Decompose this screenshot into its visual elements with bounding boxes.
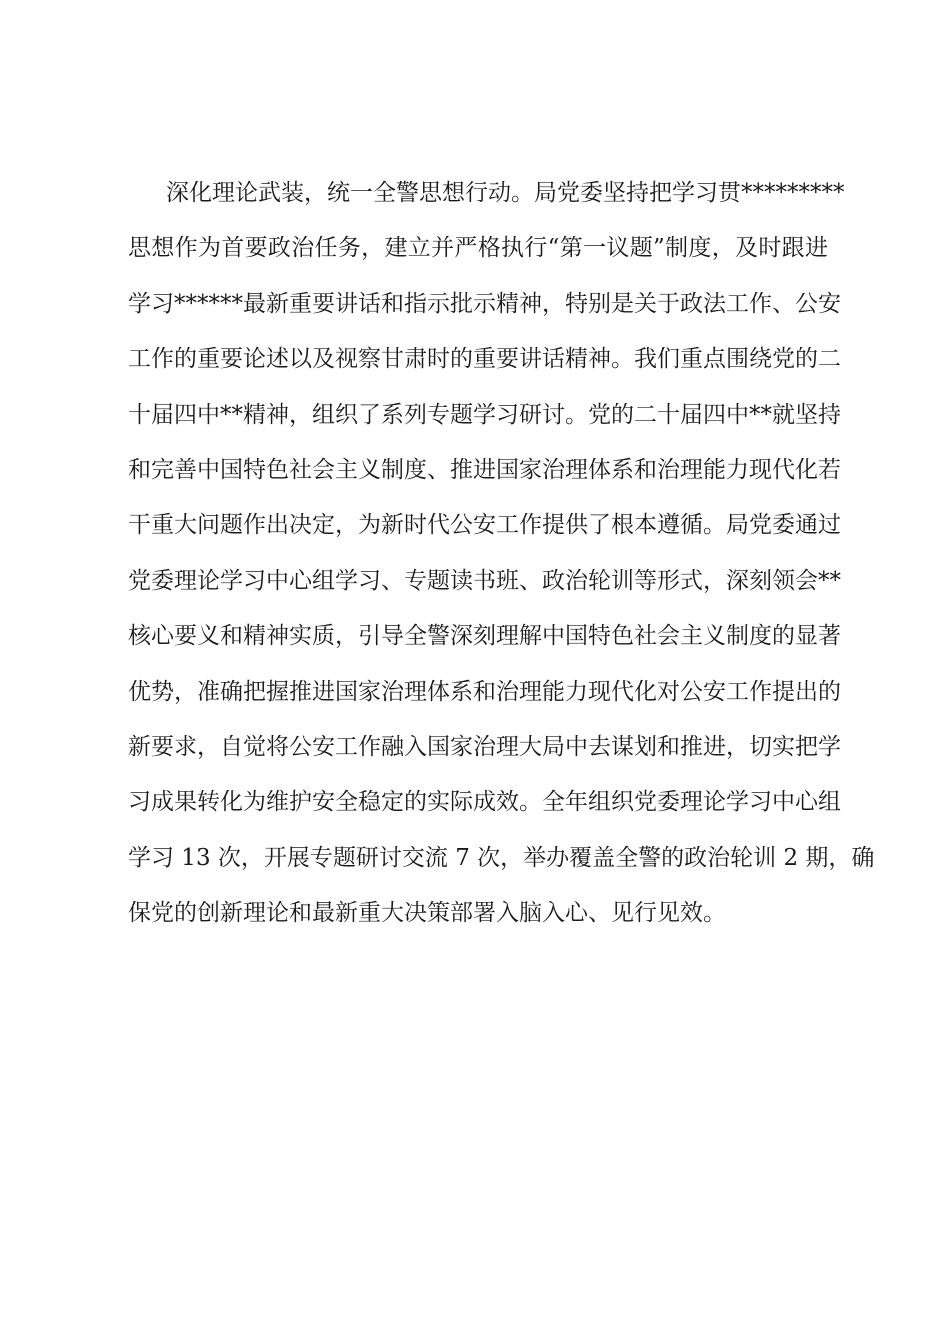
document-page: 深化理论武装，统一全警思想行动。局党委坚持把学习贯********* 思想作为首… <box>0 0 950 1344</box>
paragraph-line: 习成果转化为维护安全稳定的实际成效。全年组织党委理论学习中心组 <box>128 775 828 830</box>
paragraph-line: 新要求，自觉将公安工作融入国家治理大局中去谋划和推进，切实把学 <box>128 720 828 775</box>
paragraph-line: 十届四中**精神，组织了系列专题学习研讨。党的二十届四中**就坚持 <box>128 388 828 443</box>
paragraph-line: 思想作为首要政治任务，建立并严格执行“第一议题”制度，及时跟进 <box>128 221 828 276</box>
paragraph-line: 干重大问题作出决定，为新时代公安工作提供了根本遵循。局党委通过 <box>128 498 828 553</box>
paragraph-line: 优势，准确把握推进国家治理体系和治理能力现代化对公安工作提出的 <box>128 665 828 720</box>
paragraph-line: 深化理论武装，统一全警思想行动。局党委坚持把学习贯********* <box>128 166 828 221</box>
paragraph-line: 学习******最新重要讲话和指示批示精神，特别是关于政法工作、公安 <box>128 277 828 332</box>
body-paragraph: 深化理论武装，统一全警思想行动。局党委坚持把学习贯********* 思想作为首… <box>128 166 828 941</box>
paragraph-line: 保党的创新理论和最新重大决策部署入脑入心、见行见效。 <box>128 886 828 941</box>
paragraph-line: 学习 13 次，开展专题研讨交流 7 次，举办覆盖全警的政治轮训 2 期，确 <box>128 831 828 886</box>
paragraph-line: 和完善中国特色社会主义制度、推进国家治理体系和治理能力现代化若 <box>128 443 828 498</box>
paragraph-line: 核心要义和精神实质，引导全警深刻理解中国特色社会主义制度的显著 <box>128 609 828 664</box>
paragraph-line: 工作的重要论述以及视察甘肃时的重要讲话精神。我们重点围绕党的二 <box>128 332 828 387</box>
paragraph-line: 党委理论学习中心组学习、专题读书班、政治轮训等形式，深刻领会** <box>128 554 828 609</box>
